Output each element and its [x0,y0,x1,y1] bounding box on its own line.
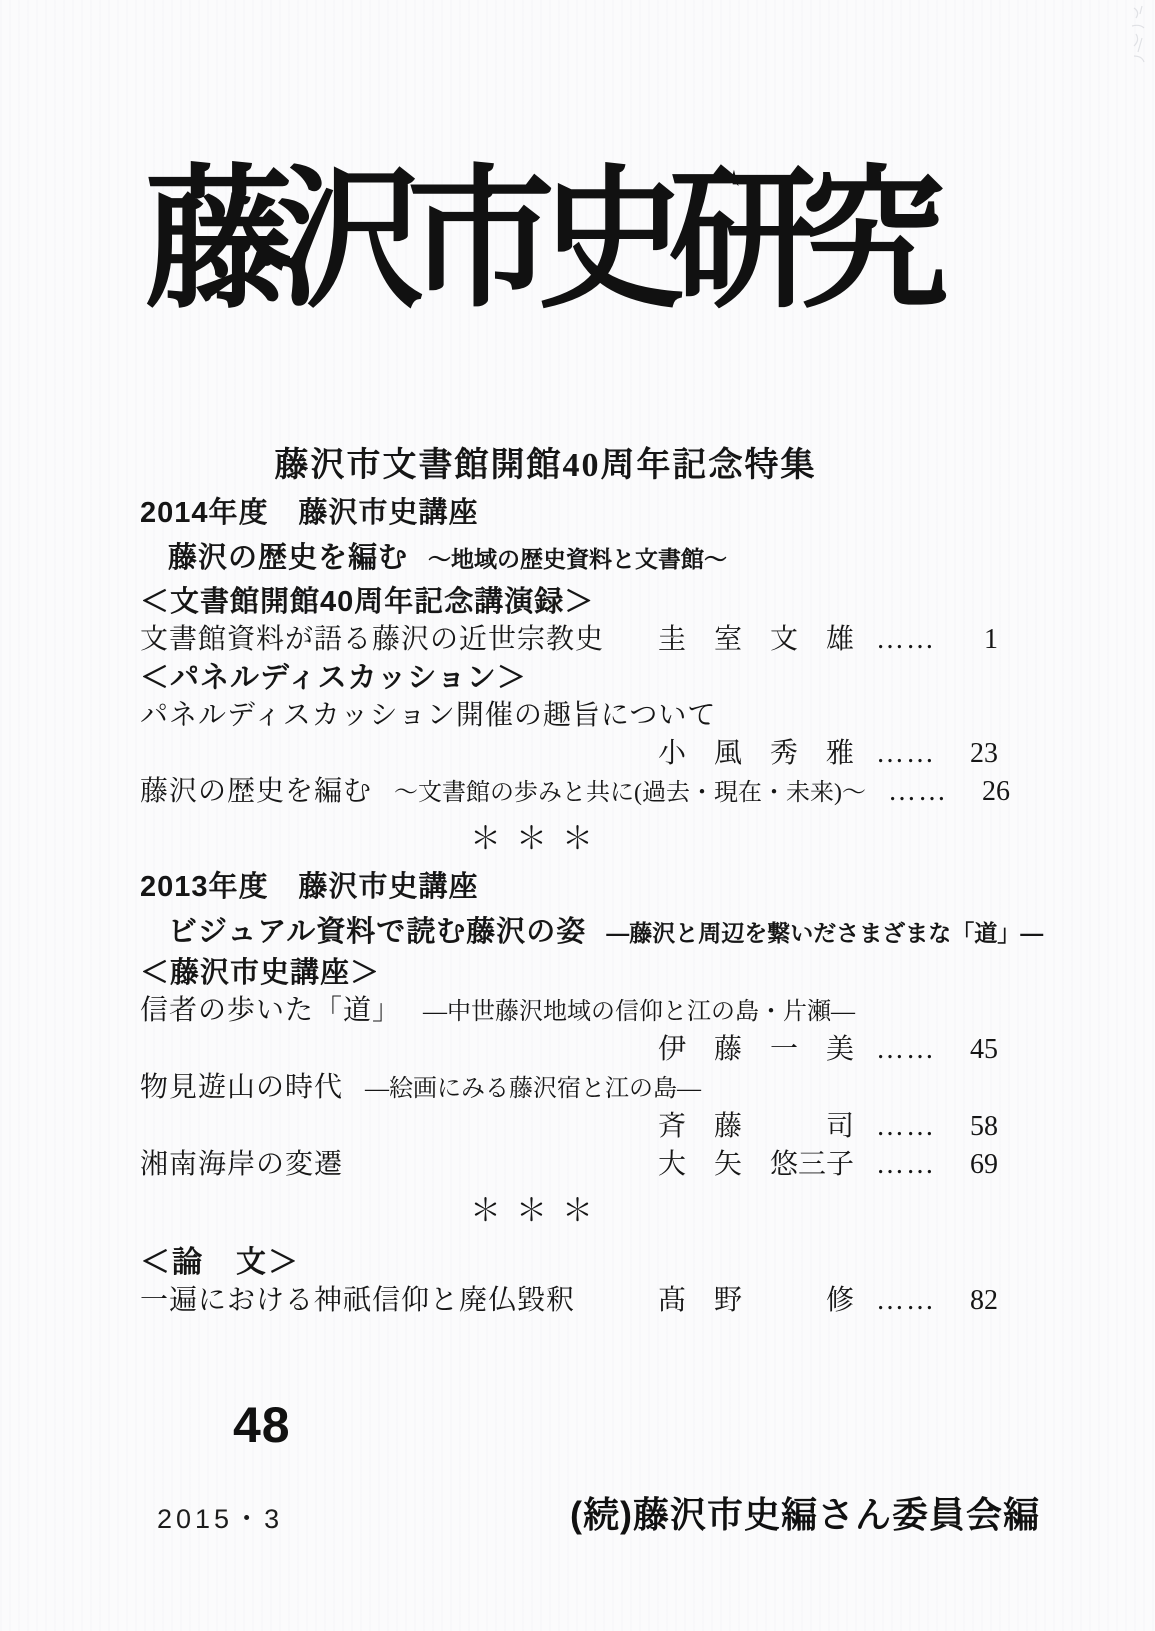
toc-entry-michi-author: 伊 藤 一 美 …… 45 [140,1031,998,1069]
leader-dots: …… [876,1282,936,1320]
toc-entry-michi-title: 信者の歩いた「道」 ―中世藤沢地域の信仰と江の島・片瀬― [140,992,998,1031]
entry-author: 伊 藤 一 美 [658,1031,854,1069]
toc-year-header-2013: 2013年度 藤沢市史講座 [140,868,998,906]
page-number: 82 [952,1282,998,1320]
toc-articles-header: ＜論 文＞ [140,1244,998,1282]
entry-title: 文書館資料が語る藤沢の近世宗教史 [140,621,604,659]
entry-reference: 斉 藤 司 …… 58 [658,1108,998,1146]
entry-title: 一遍における神祇信仰と廃仏毀釈 [140,1282,575,1320]
series-subtitle: ～地域の歴史資料と文書館～ [428,540,727,578]
entry-reference: 伊 藤 一 美 …… 45 [658,1031,998,1069]
entry-title: 信者の歩いた「道」 [140,992,401,1030]
entry-subtitle: ～文書館の歩みと共に(過去・現在・未来)～ [394,774,866,812]
category-label: ＜論 文＞ [140,1244,300,1282]
leader-dots: …… [876,1108,936,1146]
editor-credit: (続)藤沢市史編さん委員会編 [570,1487,1040,1538]
series-title: 藤沢の歴史を編む [168,539,408,577]
page-number: 23 [952,735,998,773]
toc-entry-panel-author: 小 風 秀 雅 …… 23 [140,735,998,773]
entry-subtitle: ―絵画にみる藤沢宿と江の島― [365,1070,701,1108]
entry-author: 斉 藤 司 [658,1108,854,1146]
separator-asterisks: ＊＊＊ [110,820,968,858]
entry-author: 髙 野 修 [658,1282,854,1320]
entry-reference: 小 風 秀 雅 …… 23 [658,735,998,773]
journal-title-calligraphy: 藤沢市史研究 [145,155,920,324]
year-header-label: 2013年度 藤沢市史講座 [140,868,479,906]
entry-reference: …… 26 [866,773,1010,811]
section-separator: ＊＊＊ [140,1192,998,1230]
toc-entry-monomi-author: 斉 藤 司 …… 58 [140,1108,998,1146]
toc-entry-hensan: 藤沢の歴史を編む ～文書館の歩みと共に(過去・現在・未来)～ …… 26 [140,773,998,812]
toc-category-panel: ＜パネルディスカッション＞ [140,659,998,697]
entry-reference: 大 矢 悠三子 …… 69 [658,1146,998,1184]
toc-entry-monomi-title: 物見遊山の時代 ―絵画にみる藤沢宿と江の島― [140,1069,998,1108]
entry-reference: 圭 室 文 雄 …… 1 [658,621,998,659]
entry-title: パネルディスカッション開催の趣旨について [140,697,716,735]
toc-category-kouza: ＜藤沢市史講座＞ [140,954,998,992]
year-header-label: 2014年度 藤沢市史講座 [140,494,479,532]
entry-author: 圭 室 文 雄 [658,621,854,659]
toc-entry-ippen: 一遍における神祇信仰と廃仏毀釈 髙 野 修 …… 82 [140,1282,998,1320]
leader-dots: …… [876,735,936,773]
leader-dots: …… [876,1031,936,1069]
publication-date: 2015・3 [157,1497,283,1536]
series-title: ビジュアル資料で読む藤沢の姿 [168,913,586,951]
entry-title: 藤沢の歴史を編む [140,773,372,811]
toc-entry-panel-title: パネルディスカッション開催の趣旨について [140,697,998,735]
series-subtitle: ―藤沢と周辺を繋いださまざまな「道」― [606,914,1043,952]
category-label: ＜パネルディスカッション＞ [140,659,527,697]
toc-series-2013: ビジュアル資料で読む藤沢の姿 ―藤沢と周辺を繋いださまざまな「道」― [140,913,998,952]
entry-title: 物見遊山の時代 [140,1069,343,1107]
toc-entry-religion: 文書館資料が語る藤沢の近世宗教史 圭 室 文 雄 …… 1 [140,621,998,659]
leader-dots: …… [888,773,948,811]
pencil-mark [1128,4,1154,76]
toc-series-2014: 藤沢の歴史を編む ～地域の歴史資料と文書館～ [140,539,998,578]
page-number: 1 [952,621,998,659]
category-label: ＜文書館開館40周年記念講演録＞ [140,583,594,621]
separator-asterisks: ＊＊＊ [110,1192,968,1230]
toc-category-lecture: ＜文書館開館40周年記念講演録＞ [140,583,998,621]
category-label: ＜藤沢市史講座＞ [140,954,380,992]
issue-number: 48 [233,1396,291,1454]
toc-year-header-2014: 2014年度 藤沢市史講座 [140,494,998,532]
entry-title: 湘南海岸の変遷 [140,1146,343,1184]
entry-author: 大 矢 悠三子 [658,1146,854,1184]
page-number: 26 [964,773,1010,811]
leader-dots: …… [876,621,936,659]
section-separator: ＊＊＊ [140,820,998,858]
table-of-contents: 2014年度 藤沢市史講座 藤沢の歴史を編む ～地域の歴史資料と文書館～ ＜文書… [140,494,998,1320]
page-number: 45 [952,1031,998,1069]
toc-entry-shonan: 湘南海岸の変遷 大 矢 悠三子 …… 69 [140,1146,998,1184]
page-number: 69 [952,1146,998,1184]
entry-author: 小 風 秀 雅 [658,735,854,773]
leader-dots: …… [876,1146,936,1184]
special-feature-heading: 藤沢市文書館開館40周年記念特集 [0,437,1123,486]
journal-cover-page: 藤沢市史研究 藤沢市文書館開館40周年記念特集 2014年度 藤沢市史講座 藤沢… [0,0,1155,1631]
page-number: 58 [952,1108,998,1146]
entry-reference: 髙 野 修 …… 82 [658,1282,998,1320]
entry-subtitle: ―中世藤沢地域の信仰と江の島・片瀬― [423,993,855,1031]
